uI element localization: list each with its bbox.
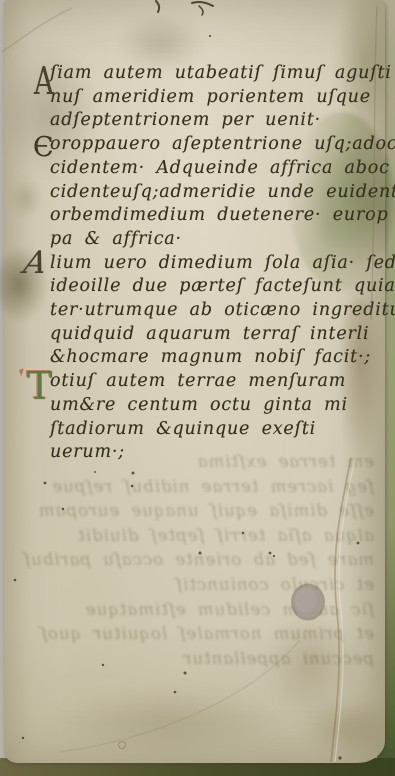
text-line: &hocmare magnum nobiſ facit·;	[50, 346, 386, 370]
paragraph-totius: T otiuſ autem terrae menſuram um&re cent…	[50, 370, 386, 465]
initial-letter-t: T	[27, 367, 53, 405]
text-line: cidentem· Adqueinde affrica aboc	[50, 157, 386, 181]
manuscript-photograph: A ſiam autem utabeatiſ ſimuſ aguſti nuſ …	[0, 0, 395, 776]
text-line: ideoille due pærteſ facteſunt quiain	[50, 275, 386, 299]
text-line: orbemdimedium duetenere· europ	[50, 204, 386, 228]
text-line: ſtadiorum &quinque exeſti	[50, 418, 386, 442]
paragraph-europa: Є oroppauero aſeptentrione uſq;adoc cide…	[50, 133, 386, 252]
bleedthrough-line: ſic autem celidum eſtimatque	[74, 598, 374, 623]
text-line: adſeptentrionem per uenit·	[50, 109, 386, 133]
paragraph-alium: A lium uero dimedium ſola aſia· ſed ideo…	[50, 252, 386, 371]
initial-letter-a: A	[34, 62, 54, 100]
bleedthrough-line: eſſe dimiſa equiſ unaque europam	[66, 499, 374, 524]
text-line: uerum·;	[50, 441, 386, 465]
paragraph-asia: A ſiam autem utabeatiſ ſimuſ aguſti nuſ …	[50, 62, 386, 133]
stain	[300, 696, 392, 758]
text-line: pa & affrica·	[50, 228, 386, 252]
initial-letter-a: A	[21, 248, 50, 279]
text-line: otiuſ autem terrae menſuram	[50, 370, 386, 394]
text-line: oroppauero aſeptentrione uſq;adoc	[50, 133, 386, 157]
bleedthrough-text: em terrae exſtima ſeg iacrem terrae nidi…	[56, 450, 374, 671]
bleedthrough-line: alqua aſia terriſ ſepteſ diuidit	[70, 524, 374, 549]
text-line: ſiam autem utabeatiſ ſimuſ aguſti	[50, 62, 386, 86]
stain	[10, 176, 42, 220]
bleedthrough-line: peccuni appellantur	[134, 647, 374, 672]
initial-letter-e: Є	[33, 134, 54, 161]
text-line: lium uero dimedium ſola aſia· ſed	[50, 252, 386, 276]
text-line: ter·utrumque ab oticæno ingreditur	[50, 299, 386, 323]
text-block: A ſiam autem utabeatiſ ſimuſ aguſti nuſ …	[50, 62, 386, 465]
text-line: nuſ ameridiem porientem uſque	[50, 86, 386, 110]
bleedthrough-line: et circulo coniunctiſ	[114, 573, 374, 598]
stain	[50, 686, 285, 758]
text-line: um&re centum octu ginta mi	[50, 394, 386, 418]
text-line: cidenteuſq;admeridie unde euidenter	[50, 181, 386, 205]
bleedthrough-line: mare ſed ab oriente occaſu paribuſ	[60, 548, 374, 573]
parchment-page: A ſiam autem utabeatiſ ſimuſ aguſti nuſ …	[4, 0, 385, 763]
text-line: quidquid aquarum terraſ interli	[50, 323, 386, 347]
bleedthrough-line: ſeg iacrem terrae nidibuſ reſpue	[58, 475, 374, 500]
bleedthrough-line: et primum normaleſ loquitur quoſ	[60, 622, 374, 647]
